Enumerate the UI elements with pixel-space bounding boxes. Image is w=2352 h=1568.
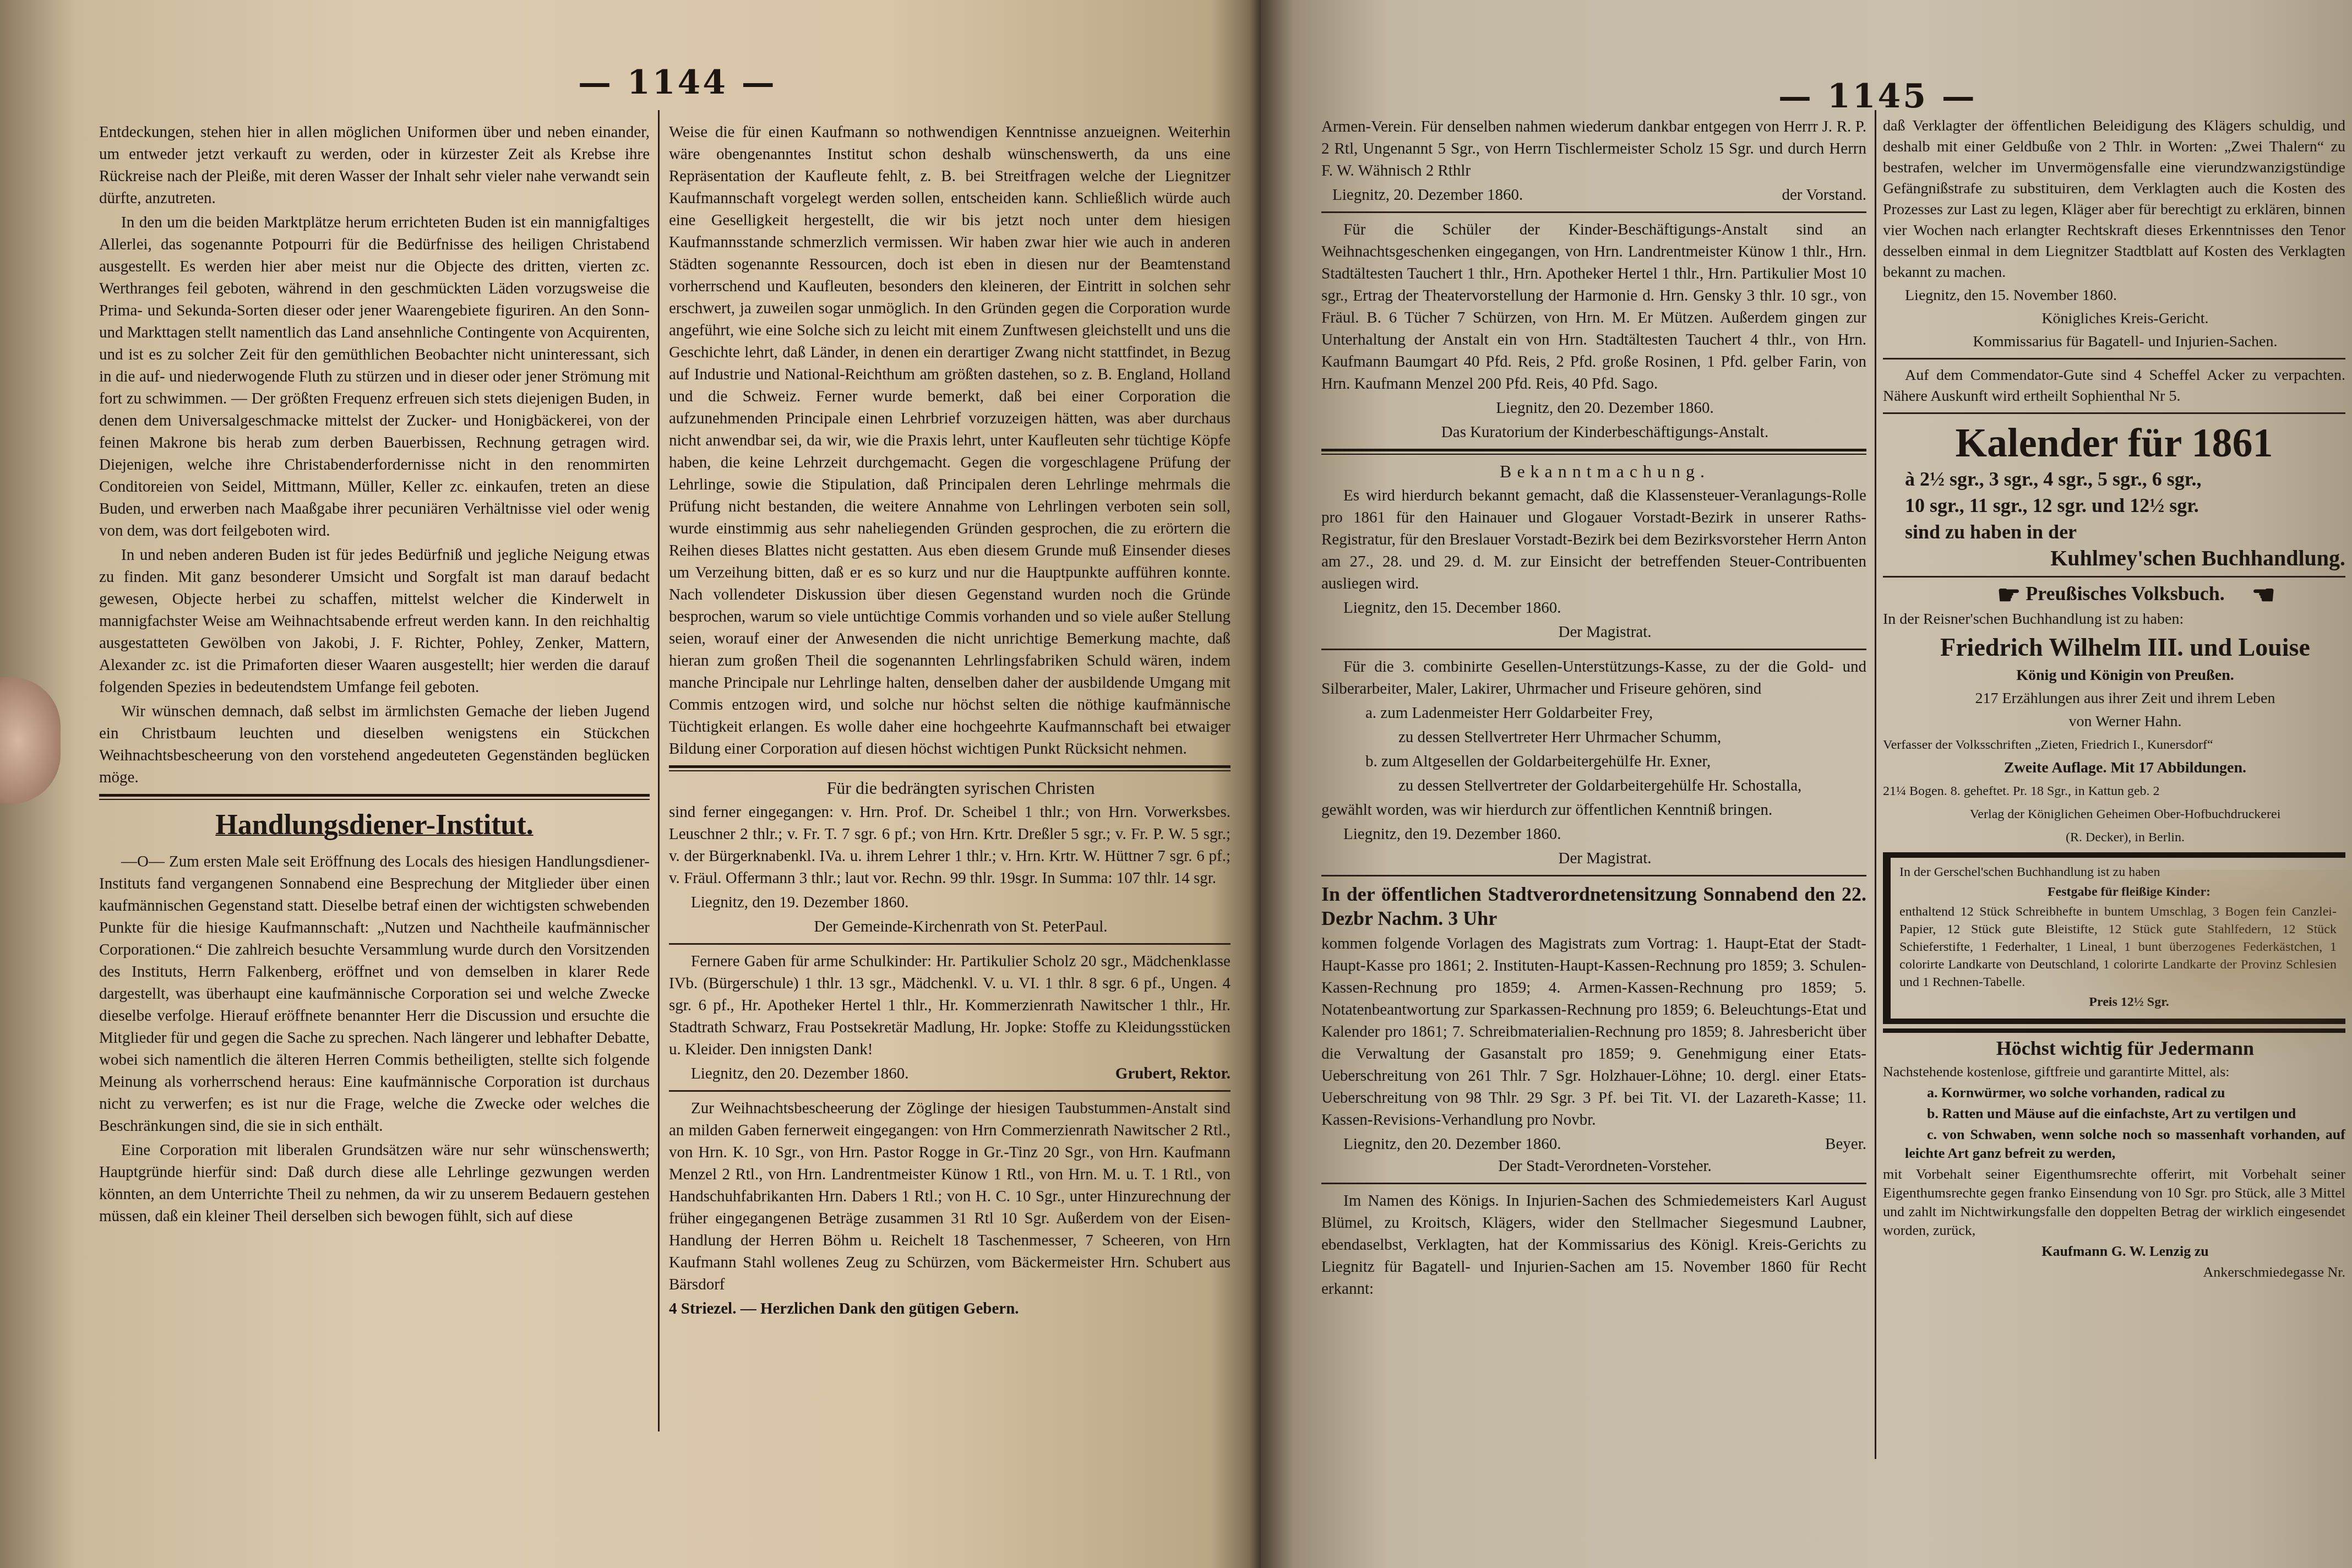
section-divider	[1321, 649, 1866, 650]
notice-footer: Liegnitz, 20. Dezember 1860. der Vorstan…	[1321, 184, 1866, 206]
notice-outro: gewählt worden, was wir hierdurch zur öf…	[1321, 799, 1866, 821]
paragraph: Wir wünschen demnach, daß selbst im ärml…	[99, 700, 650, 788]
notice-judgment: daß Verklagter der öffentlichen Beleidig…	[1883, 116, 2345, 352]
column-divider	[1875, 110, 1876, 1459]
notice-date: Liegnitz, den 20. Dezember 1860.	[1343, 1133, 1561, 1155]
notice-body: sind ferner eingegangen: v. Hrn. Prof. D…	[669, 801, 1231, 889]
ad-title: Höchst wichtig für Jedermann	[1883, 1028, 2345, 1060]
notice-date: Liegnitz, den 20. Dezember 1860.	[1321, 397, 1866, 419]
ad-book-title: Friedrich Wilhelm III. und Louise	[1883, 632, 2345, 663]
notice-signature: Der Stadt-Verordneten-Vorsteher.	[1321, 1155, 1866, 1177]
paragraph: Entdeckungen, stehen hier in allen mögli…	[99, 121, 650, 209]
ad-festgabe: In der Gerschel'schen Buchhandlung ist z…	[1883, 852, 2345, 1024]
notice-body: Zur Weihnachtsbescheerung der Zöglinge d…	[669, 1097, 1231, 1295]
notice-date: Liegnitz, 20. Dezember 1860.	[1332, 184, 1523, 206]
notice-body: Es wird hierdurch bekannt gemacht, daß d…	[1321, 484, 1866, 595]
ad-line: von Werner Hahn.	[1883, 711, 2345, 732]
section-divider	[1321, 875, 1866, 876]
ad-body: enthaltend 12 Stück Schreibhefte in bunt…	[1899, 903, 2337, 991]
section-divider	[669, 765, 1231, 771]
right-page: — 1145 — Armen-Verein. Für denselben nah…	[1261, 0, 2352, 1568]
notice-body: daß Verklagter der öffentlichen Beleidig…	[1883, 116, 2345, 283]
ad-line: (R. Decker), in Berlin.	[1883, 827, 2345, 848]
notice-title: In der öffentlichen Stadtverordnetensitz…	[1321, 882, 1866, 930]
notice-intro: Für die 3. combinirte Gesellen-Unterstüt…	[1321, 656, 1866, 700]
notice-signer: Beyer.	[1825, 1133, 1866, 1155]
list-item: a. zum Ladenmeister Herr Goldarbeiter Fr…	[1321, 702, 1866, 724]
right-page-column-1: Armen-Verein. Für denselben nahmen wiede…	[1321, 116, 1866, 1302]
notice-footer: Liegnitz, den 20. Dezember 1860. Beyer.	[1321, 1133, 1866, 1155]
ad-title: ☛ Preußisches Volksbuch. ☚	[1883, 583, 2345, 607]
notice-signature: der Vorstand.	[1782, 184, 1866, 206]
ad-line: In der Gerschel'schen Buchhandlung ist z…	[1899, 863, 2337, 881]
paragraph: In und neben anderen Buden ist für jedes…	[99, 544, 650, 698]
list-item: b. zum Altgesellen der Goldarbeitergehül…	[1321, 750, 1866, 772]
ad-address: Ankerschmiedegasse Nr.	[1883, 1263, 2345, 1282]
ad-line: 10 sgr., 11 sgr., 12 sgr. und 12½ sgr.	[1883, 493, 2345, 518]
notice-bekanntmachung: Bekanntmachung. Es wird hierdurch bekann…	[1321, 460, 1866, 643]
ad-line: Zweite Auflage. Mit 17 Abbildungen.	[1883, 758, 2345, 778]
left-page-column-2: Weise die für einen Kaufmann so nothwend…	[669, 121, 1231, 1322]
notice-syrian-christians: Für die bedrängten syrischen Christen si…	[669, 777, 1231, 938]
paragraph: Weise die für einen Kaufmann so nothwend…	[669, 121, 1231, 760]
ad-title-text: Preußisches Volksbuch.	[2026, 582, 2224, 605]
notice-signature: Kommissarius für Bagatell- und Injurien-…	[1883, 331, 2345, 352]
notice-kinder-anstalt: Für die Schüler der Kinder-Beschäftigung…	[1321, 219, 1866, 443]
notice-date: Liegnitz, den 19. Dezember 1860.	[1321, 823, 1866, 845]
notice-body: Fernere Gaben für arme Schulkinder: Hr. …	[669, 950, 1231, 1060]
section-divider	[1883, 576, 2345, 578]
ad-title: Festgabe für fleißige Kinder:	[1899, 883, 2337, 901]
ad-line: Verfasser der Volksschriften „Zieten, Fr…	[1883, 734, 2345, 755]
ad-title: Kalender für 1861	[1883, 420, 2345, 467]
notice-signature: Der Magistrat.	[1321, 621, 1866, 643]
notice-judgment-intro: Im Namen des Königs. In Injurien-Sachen …	[1321, 1190, 1866, 1300]
notice-signature: Grubert, Rektor.	[1115, 1063, 1231, 1085]
notice-date: Liegnitz, den 15. November 1860.	[1883, 285, 2345, 306]
list-item: c. von Schwaben, wenn solche noch so mas…	[1883, 1125, 2345, 1163]
notice-lease: Auf dem Commendator-Gute sind 4 Scheffel…	[1883, 365, 2345, 407]
ad-volksbuch: ☛ Preußisches Volksbuch. ☚ In der Reisne…	[1883, 583, 2345, 848]
notice-title: Für die bedrängten syrischen Christen	[669, 777, 1231, 799]
notice-body: Im Namen des Königs. In Injurien-Sachen …	[1321, 1190, 1866, 1300]
section-divider	[669, 1090, 1231, 1092]
article-heading: Handlungsdiener-Institut.	[99, 808, 650, 843]
notice-armen-verein: Armen-Verein. Für denselben nahmen wiede…	[1321, 116, 1866, 206]
section-divider	[1321, 1183, 1866, 1184]
section-divider	[1883, 358, 2345, 360]
section-divider	[1321, 211, 1866, 213]
list-item: b. Ratten und Mäuse auf die einfachste, …	[1883, 1104, 2345, 1123]
ad-line: Kuhlmey'schen Buchhandlung.	[1883, 546, 2345, 570]
paragraph: —O— Zum ersten Male seit Eröffnung des L…	[99, 851, 650, 1137]
pointing-hand-icon: ☛	[1975, 585, 2021, 607]
ad-line: In der Reisner'schen Buchhandlung ist zu…	[1883, 609, 2345, 630]
section-divider	[1321, 449, 1866, 455]
ad-line: 217 Erzählungen aus ihrer Zeit und ihrem…	[1883, 688, 2345, 709]
notice-body: Für die Schüler der Kinder-Beschäftigung…	[1321, 219, 1866, 395]
notice-date: Liegnitz, den 19. Dezember 1860.	[669, 891, 1231, 913]
notice-body: Armen-Verein. Für denselben nahmen wiede…	[1321, 116, 1866, 182]
notice-signature: Der Gemeinde-Kirchenrath von St. PeterPa…	[669, 916, 1231, 938]
ad-line: à 2½ sgr., 3 sgr., 4 sgr., 5 sgr., 6 sgr…	[1883, 467, 2345, 491]
ad-kalender: Kalender für 1861 à 2½ sgr., 3 sgr., 4 s…	[1883, 420, 2345, 570]
list-item: zu dessen Stellvertreter Herr Uhrmacher …	[1321, 726, 1866, 748]
notice-deaf-institute: Zur Weihnachtsbescheerung der Zöglinge d…	[669, 1097, 1231, 1320]
left-page-column-1: Entdeckungen, stehen hier in allen mögli…	[99, 121, 650, 1229]
section-divider	[669, 943, 1231, 945]
notice-date: Liegnitz, den 15. December 1860.	[1321, 597, 1866, 619]
ad-line: Nachstehende kostenlose, giftfreie und g…	[1883, 1063, 2345, 1081]
notice-title: Bekanntmachung.	[1321, 460, 1866, 482]
ad-line: König und Königin von Preußen.	[1883, 665, 2345, 686]
page-number-1145: — 1145 —	[1778, 77, 1977, 116]
left-page: — 1144 — Entdeckungen, stehen hier in al…	[0, 0, 1261, 1568]
notice-gesellen-kasse: Für die 3. combinirte Gesellen-Unterstüt…	[1321, 656, 1866, 869]
notice-signature: Königliches Kreis-Gericht.	[1883, 308, 2345, 329]
section-divider	[1883, 412, 2345, 414]
page-number-1144: — 1144 —	[578, 63, 777, 102]
column-divider	[658, 110, 660, 1431]
notice-school-children: Fernere Gaben für arme Schulkinder: Hr. …	[669, 950, 1231, 1085]
ad-jedermann: Höchst wichtig für Jedermann Nachstehend…	[1883, 1028, 2345, 1282]
ad-line: sind zu haben in der	[1883, 520, 2345, 544]
ad-line: 21¼ Bogen. 8. geheftet. Pr. 18 Sgr., in …	[1883, 781, 2345, 802]
notice-signature: Der Magistrat.	[1321, 847, 1866, 869]
ad-line: Verlag der Königlichen Geheimen Ober-Hof…	[1883, 804, 2345, 825]
section-divider	[99, 794, 650, 800]
paragraph: Eine Corporation mit liberalen Grundsätz…	[99, 1139, 650, 1227]
notice-body: kommen folgende Vorlagen des Magistrats …	[1321, 933, 1866, 1131]
notice-footer: Liegnitz, den 20. Dezember 1860. Grubert…	[669, 1063, 1231, 1085]
ad-price: Preis 12½ Sgr.	[1899, 993, 2337, 1011]
notice-date: Liegnitz, den 20. Dezember 1860.	[691, 1063, 908, 1085]
paragraph: In den um die beiden Marktplätze herum e…	[99, 211, 650, 542]
right-page-column-2: daß Verklagter der öffentlichen Beleidig…	[1883, 116, 2345, 1284]
notice-stadtverordneten: In der öffentlichen Stadtverordnetensitz…	[1321, 882, 1866, 1177]
list-item: a. Kornwürmer, wo solche vorhanden, radi…	[1883, 1084, 2345, 1102]
notice-signature: Das Kuratorium der Kinderbeschäftigungs-…	[1321, 421, 1866, 443]
pointing-hand-left-icon: ☚	[2230, 585, 2275, 607]
ad-signature: Kaufmann G. W. Lenzig zu	[1883, 1242, 2345, 1261]
list-item: zu dessen Stellvertreter der Goldarbeite…	[1321, 775, 1866, 797]
notice-closing: 4 Striezel. — Herzlichen Dank den gütige…	[669, 1298, 1231, 1320]
ad-body: mit Vorbehalt seiner Eigenthumsrechte of…	[1883, 1165, 2345, 1240]
